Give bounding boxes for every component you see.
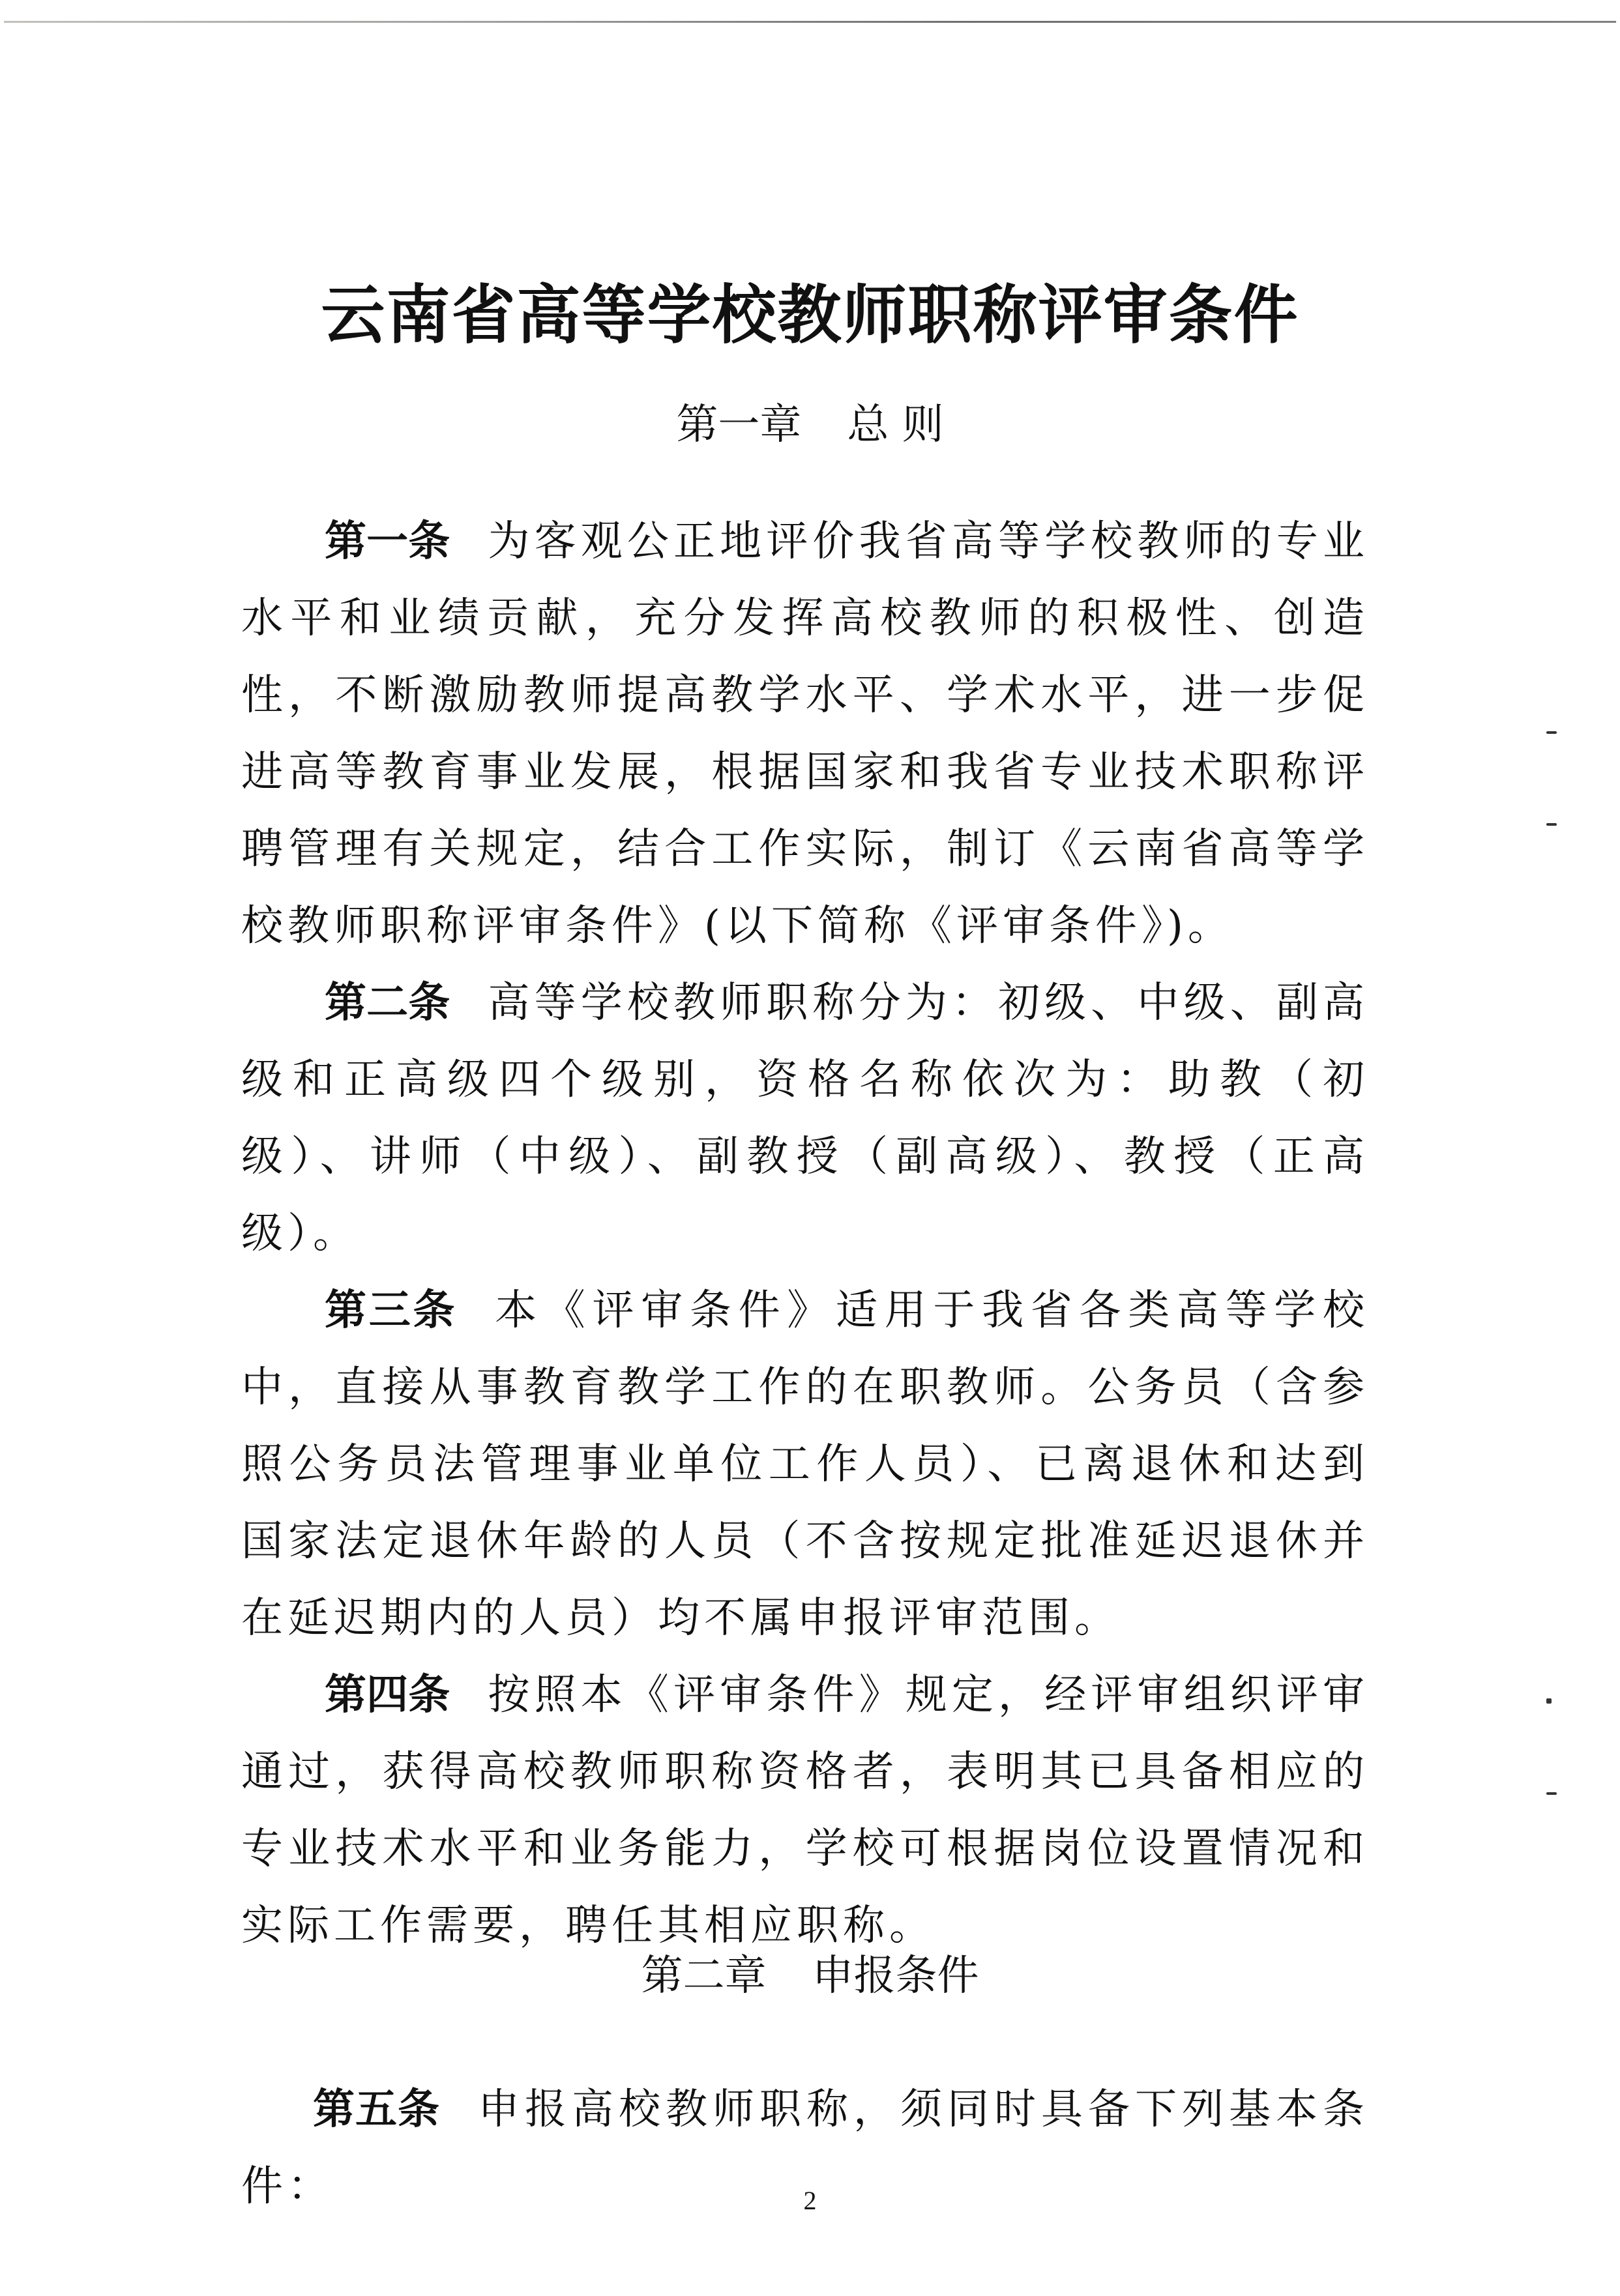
chapter-number: 第二章	[641, 1952, 767, 2000]
article-label: 第二条	[325, 979, 450, 1027]
article-label: 第四条	[325, 1671, 450, 1719]
chapter-heading-2: 第二章申报条件	[0, 1950, 1620, 2002]
article-text: 本《评审条件》适用于我省各类高等学校中，直接从事教育教学工作的在职教师。公务员（…	[241, 1286, 1369, 1642]
scan-margin-mark	[1546, 731, 1557, 734]
chapter-heading-1: 第一章总 则	[0, 399, 1620, 451]
scan-margin-mark	[1546, 1792, 1557, 1795]
article-3: 第三条本《评审条件》适用于我省各类高等学校中，直接从事教育教学工作的在职教师。公…	[241, 1272, 1369, 1657]
article-label: 第三条	[325, 1286, 457, 1335]
article-4: 第四条按照本《评审条件》规定，经评审组织评审通过，获得高校教师职称资格者，表明其…	[241, 1657, 1369, 1964]
scan-margin-mark	[1546, 823, 1557, 826]
article-text: 为客观公正地评价我省高等学校教师的专业水平和业绩贡献，充分发挥高校教师的积极性、…	[241, 517, 1369, 950]
chapter-name: 总 则	[847, 401, 943, 449]
article-label: 第一条	[325, 517, 450, 566]
scan-top-rule	[4, 21, 1616, 23]
article-label: 第五条	[313, 2085, 440, 2134]
scan-margin-mark	[1546, 1698, 1552, 1704]
chapter-name: 申报条件	[812, 1952, 979, 2000]
article-1: 第一条为客观公正地评价我省高等学校教师的专业水平和业绩贡献，充分发挥高校教师的积…	[241, 503, 1369, 965]
article-2: 第二条高等学校教师职称分为：初级、中级、副高级和正高级四个级别，资格名称依次为：…	[241, 965, 1369, 1272]
chapter-1-body: 第一条为客观公正地评价我省高等学校教师的专业水平和业绩贡献，充分发挥高校教师的积…	[241, 503, 1369, 1964]
page-number: 2	[0, 2185, 1620, 2217]
chapter-number: 第一章	[676, 401, 801, 449]
document-title: 云南省高等学校教师职称评审条件	[0, 276, 1620, 355]
